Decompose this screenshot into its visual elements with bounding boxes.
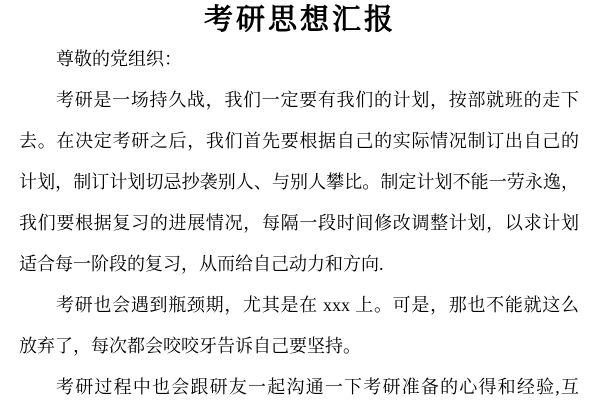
document-page: 考研思想汇报 尊敬的党组织： 考研是一场持久战，我们一定要有我们的计划，按部就班… (0, 0, 600, 400)
document-title: 考研思想汇报 (0, 2, 600, 39)
text-line: 去。在决定考研之后，我们首先要根据自己的实际情况制订出自己的 (19, 121, 579, 162)
text-line: 放弃了，每次都会咬咬牙告诉自己要坚持。 (19, 326, 579, 367)
text-line: 计划，制订计划切忌抄袭别人、与别人攀比。制定计划不能一劳永逸， (19, 162, 579, 203)
salutation-line: 尊敬的党组织： (19, 39, 579, 80)
text-line: 考研是一场持久战，我们一定要有我们的计划，按部就班的走下 (19, 80, 579, 121)
text-line: 考研也会遇到瓶颈期，尤其是在 xxx 上。可是，那也不能就这么 (19, 285, 579, 326)
text-line: 我们要根据复习的进展情况，每隔一段时间修改调整计划，以求计划 (19, 203, 579, 244)
document-body: 尊敬的党组织： 考研是一场持久战，我们一定要有我们的计划，按部就班的走下 去。在… (0, 39, 600, 400)
text-line: 考研过程中也会跟研友一起沟通一下考研准备的心得和经验,互 (19, 367, 579, 400)
text-line: 适合每一阶段的复习，从而给自己动力和方向. (19, 244, 579, 285)
